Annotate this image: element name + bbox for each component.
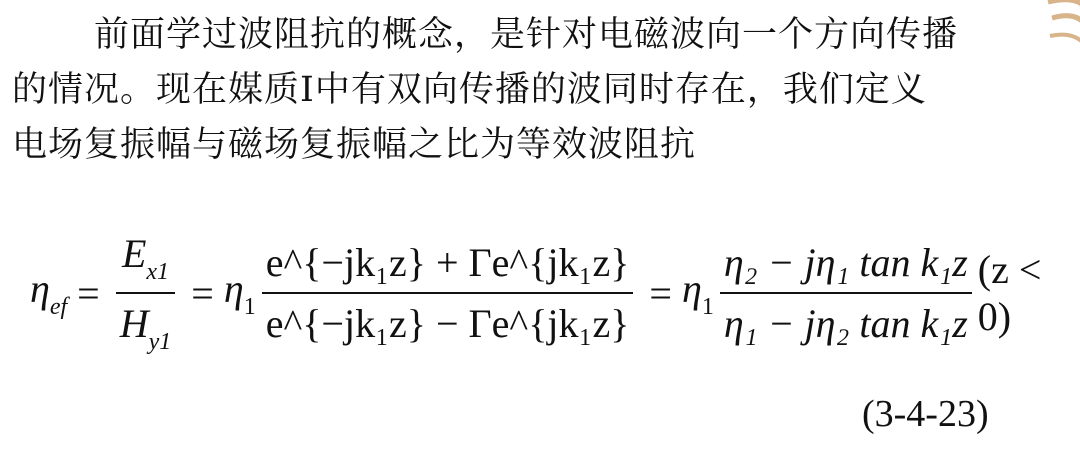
paragraph-line-1: 前面学过波阻抗的概念，是针对电磁波向一个方向传播 (12, 8, 1072, 63)
equation-effective-impedance: ηef = Ex1 Hy1 = η1 e^{−jk₁z} + Γe^{jk₁z}… (30, 228, 1080, 358)
eta-1: η1 (224, 265, 256, 321)
eta-1: η1 (682, 265, 714, 321)
equals-sign: = (77, 270, 100, 317)
fraction-e-over-h: Ex1 Hy1 (116, 230, 176, 356)
eta-ef: ηef (30, 265, 67, 321)
paragraph-line-2: 的情况。现在媒质I中有双向传播的波同时存在，我们定义 (12, 63, 1072, 118)
fraction-tangent: η₂ − jη₁ tan k₁z η₁ − jη₂ tan k₁z (720, 239, 972, 347)
fraction-exponential: e^{−jk₁z} + Γe^{jk₁z} e^{−jk₁z} − Γe^{jk… (262, 239, 634, 347)
paragraph-line-3: 电场复振幅与磁场复振幅之比为等效波阻抗 (12, 118, 1072, 173)
equals-sign: = (191, 270, 214, 317)
equals-sign: = (649, 270, 672, 317)
body-paragraph: 前面学过波阻抗的概念，是针对电磁波向一个方向传播 的情况。现在媒质I中有双向传播… (12, 8, 1072, 173)
equation-number: (3-4-23) (862, 392, 989, 436)
condition: (z < 0) (978, 246, 1080, 340)
